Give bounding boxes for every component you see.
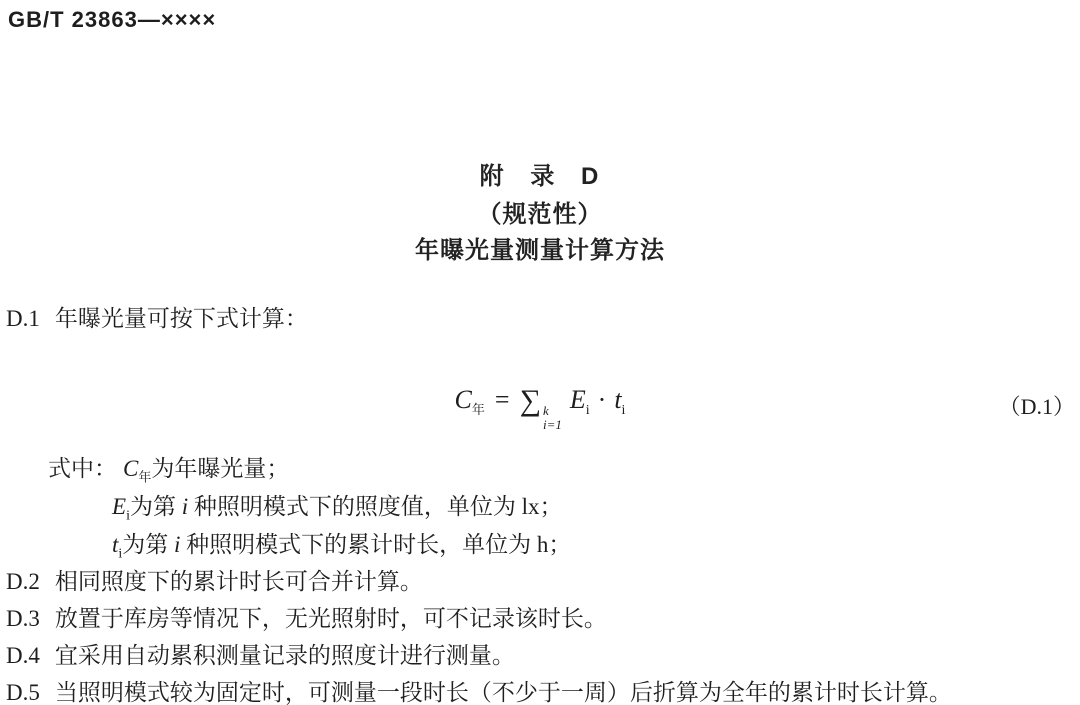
formula-number: （D.1） [999, 390, 1075, 421]
formula-illuminance-var: E [570, 385, 586, 414]
clause-d2-text: 相同照度下的累计时长可合并计算。 [55, 569, 423, 594]
sum-lower-limit: i=1 [543, 418, 562, 432]
formula-lhs-var: C [455, 385, 472, 414]
clause-d5-label: D.5 [6, 680, 40, 705]
formula-lhs-subscript: 年 [472, 402, 485, 417]
sum-upper-limit: k [543, 404, 562, 418]
where-intro-line: 式中：C年为年曝光量； [48, 450, 289, 486]
formula-time-subscript: i [622, 403, 626, 418]
clause-d3-text: 放置于库房等情况下，无光照射时，可不记录该时长。 [55, 606, 607, 631]
clause-d4-text: 宜采用自动累积测量记录的照度计进行测量。 [55, 643, 515, 668]
clause-d3-label: D.3 [6, 606, 40, 631]
where-e-text-pre: 为第 [130, 494, 182, 519]
clause-d1: D.1年曝光量可按下式计算： [6, 300, 308, 333]
sum-limits: ki=1 [543, 404, 562, 431]
where-c-var: C [123, 456, 138, 481]
clause-d2-label: D.2 [6, 569, 40, 594]
where-e-text-rest: 种照明模式下的照度值，单位为 lx； [188, 494, 562, 519]
formula-time-var: t [614, 385, 621, 414]
formula-row: C年=∑ki=1Ei·ti （D.1） [0, 384, 1080, 428]
formula-d1: C年=∑ki=1Ei·ti [455, 384, 626, 431]
where-t-line: ti为第 i 种照明模式下的累计时长，单位为 h； [112, 526, 571, 563]
clause-d2: D.2相同照度下的累计时长可合并计算。 [6, 563, 423, 596]
where-t-text-pre: 为第 [122, 532, 174, 557]
equals-sign: = [495, 385, 510, 414]
appendix-name: 年曝光量测量计算方法 [0, 230, 1080, 265]
appendix-normative-label: （规范性） [0, 194, 1080, 229]
dot-operator: · [598, 385, 607, 414]
document-page: GB/T 23863—×××× 附 录 D （规范性） 年曝光量测量计算方法 D… [0, 0, 1080, 705]
where-lead: 式中： [48, 456, 117, 481]
clause-d5-text: 当照明模式较为固定时，可测量一段时长（不少于一周）后折算为全年的累计时长计算。 [55, 680, 952, 705]
where-t-text-rest: 种照明模式下的累计时长，单位为 h； [180, 532, 571, 557]
formula-illuminance-subscript: i [586, 403, 590, 418]
appendix-title: 附 录 D [0, 156, 1080, 191]
clause-d5: D.5当照明模式较为固定时，可测量一段时长（不少于一周）后折算为全年的累计时长计… [6, 674, 952, 705]
where-c-text: 为年曝光量； [151, 456, 289, 481]
where-e-var: E [112, 494, 126, 519]
sum-symbol: ∑ [520, 384, 541, 417]
clause-d1-text: 年曝光量可按下式计算： [55, 306, 308, 331]
where-c-subscript: 年 [138, 470, 151, 485]
where-e-line: Ei为第 i 种照明模式下的照度值，单位为 lx； [112, 488, 562, 525]
clause-d3: D.3放置于库房等情况下，无光照射时，可不记录该时长。 [6, 600, 607, 633]
standard-number: GB/T 23863—×××× [8, 7, 216, 33]
clause-d4: D.4宜采用自动累积测量记录的照度计进行测量。 [6, 637, 515, 670]
clause-d1-label: D.1 [6, 306, 40, 331]
clause-d4-label: D.4 [6, 643, 40, 668]
